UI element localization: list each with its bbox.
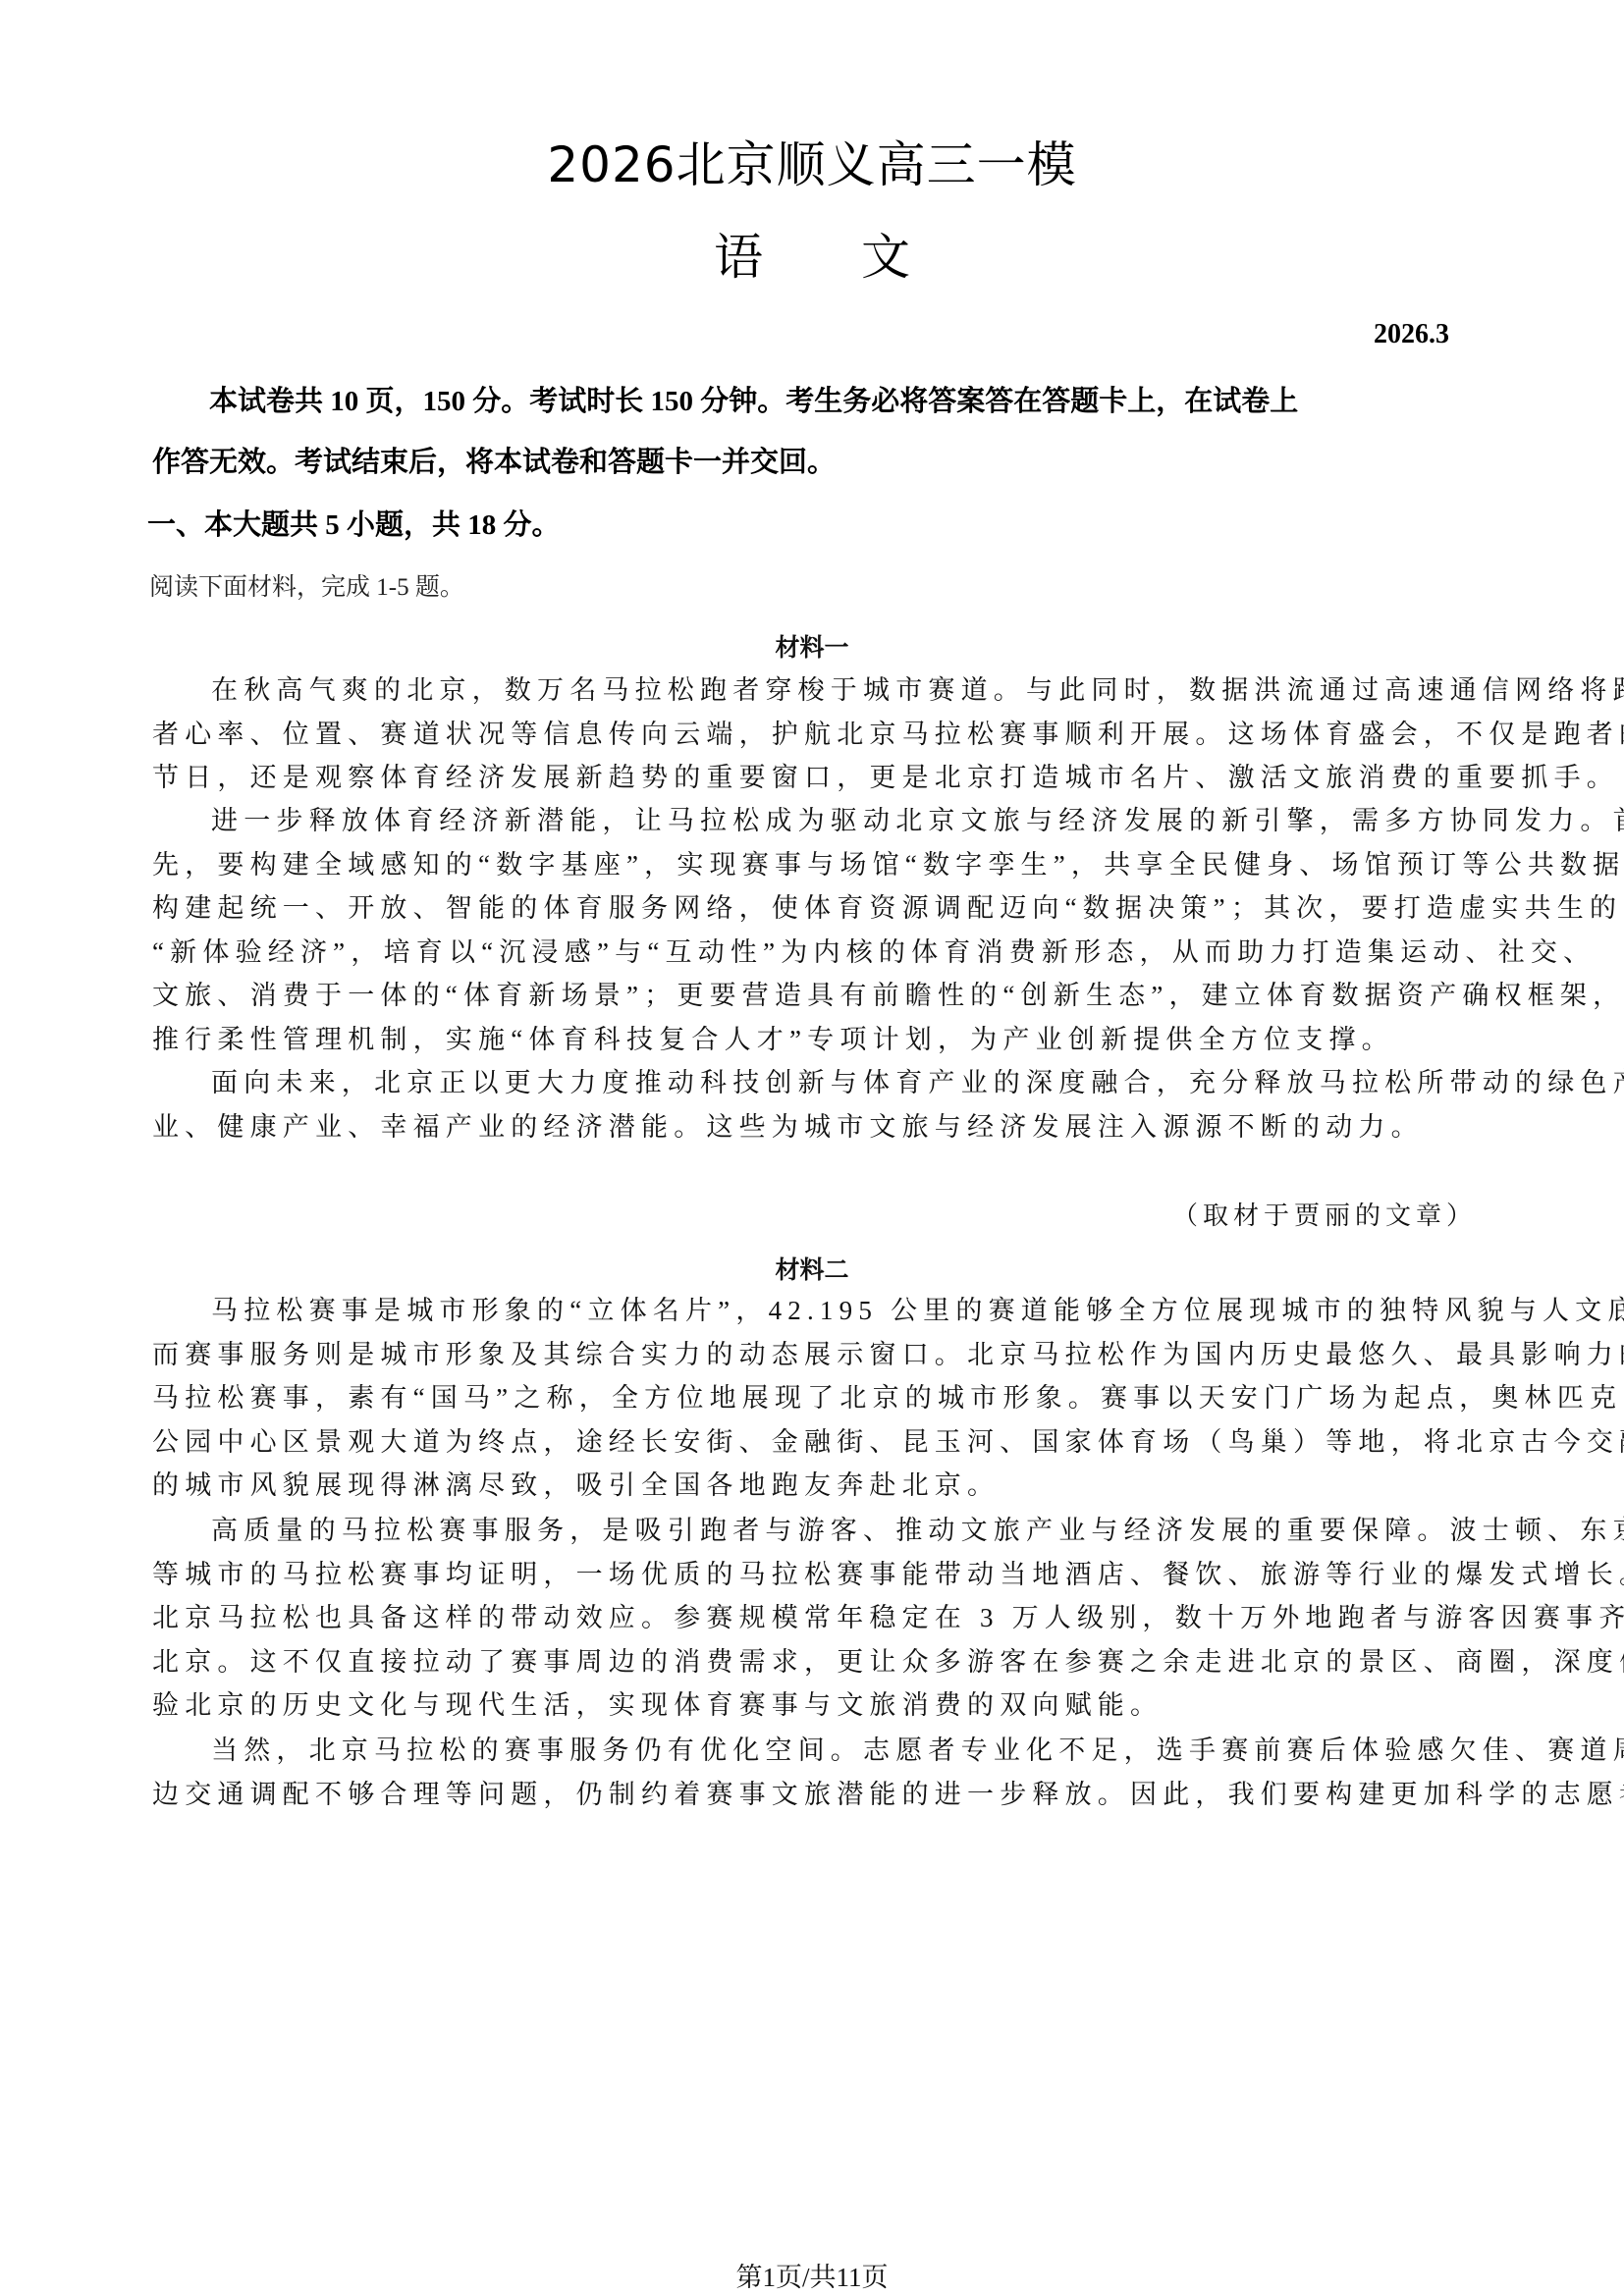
material1-paragraph-3: 面向未来，北京正以更大力度推动科技创新与体育产业的深度融合，充分释放马拉松所带动… — [152, 1061, 1478, 1148]
text-line: 文旅、消费于一体的“体育新场景”；更要营造具有前瞻性的“创新生态”，建立体育数据… — [152, 974, 1478, 1018]
subject-title: 语文 — [0, 218, 1624, 289]
text-line: 而赛事服务则是城市形象及其综合实力的动态展示窗口。北京马拉松作为国内历史最悠久、… — [152, 1333, 1478, 1377]
text-line: 马拉松赛事，素有“国马”之称，全方位地展现了北京的城市形象。赛事以天安门广场为起… — [152, 1376, 1478, 1420]
exam-title: 2026北京顺义高三一模 — [0, 126, 1624, 196]
text-line: 高质量的马拉松赛事服务，是吸引跑者与游客、推动文旅产业与经济发展的重要保障。波士… — [152, 1509, 1478, 1553]
exam-page: 2026北京顺义高三一模 语文 2026.3 本试卷共 10 页，150 分。考… — [0, 0, 1624, 2296]
section-heading: 一、本大题共 5 小题，共 18 分。 — [147, 503, 561, 543]
exam-notice: 本试卷共 10 页，150 分。考试时长 150 分钟。考生务必将答案答在答题卡… — [152, 371, 1480, 493]
text-line: 边交通调配不够合理等问题，仍制约着赛事文旅潜能的进一步释放。因此，我们要构建更加… — [152, 1773, 1478, 1817]
subject-char: 文 — [861, 218, 910, 289]
material1-paragraph-1: 在秋高气爽的北京，数万名马拉松跑者穿梭于城市赛道。与此同时，数据洪流通过高速通信… — [152, 668, 1478, 800]
exam-date: 2026.3 — [1374, 319, 1449, 350]
text-line: 节日，还是观察体育经济发展新趋势的重要窗口，更是北京打造城市名片、激活文旅消费的… — [152, 756, 1478, 800]
text-line: 面向未来，北京正以更大力度推动科技创新与体育产业的深度融合，充分释放马拉松所带动… — [152, 1061, 1478, 1105]
material2-paragraph-3: 当然，北京马拉松的赛事服务仍有优化空间。志愿者专业化不足，选手赛前赛后体验感欠佳… — [152, 1729, 1478, 1816]
section-instruction: 阅读下面材料，完成 1-5 题。 — [149, 567, 464, 603]
text-line: 构建起统一、开放、智能的体育服务网络，使体育资源调配迈向“数据决策”；其次，要打… — [152, 886, 1478, 931]
material2-paragraph-2: 高质量的马拉松赛事服务，是吸引跑者与游客、推动文旅产业与经济发展的重要保障。波士… — [152, 1509, 1478, 1728]
text-line: 等城市的马拉松赛事均证明，一场优质的马拉松赛事能带动当地酒店、餐饮、旅游等行业的… — [152, 1553, 1478, 1597]
text-line: 验北京的历史文化与现代生活，实现体育赛事与文旅消费的双向赋能。 — [152, 1683, 1478, 1728]
notice-line: 作答无效。考试结束后，将本试卷和答题卡一并交回。 — [152, 432, 1480, 493]
notice-line: 本试卷共 10 页，150 分。考试时长 150 分钟。考生务必将答案答在答题卡… — [152, 371, 1480, 432]
text-line: 的城市风貌展现得淋漓尽致，吸引全国各地跑友奔赴北京。 — [152, 1464, 1478, 1508]
text-line: 先，要构建全域感知的“数字基座”，实现赛事与场馆“数字孪生”，共享全民健身、场馆… — [152, 843, 1478, 887]
material2-heading: 材料二 — [0, 1251, 1624, 1286]
material1-source: （取材于贾丽的文章） — [1172, 1196, 1477, 1232]
text-line: 者心率、位置、赛道状况等信息传向云端，护航北京马拉松赛事顺利开展。这场体育盛会，… — [152, 713, 1478, 757]
text-line: 马拉松赛事是城市形象的“立体名片”，42.195 公里的赛道能够全方位展现城市的… — [152, 1289, 1478, 1333]
text-line: 当然，北京马拉松的赛事服务仍有优化空间。志愿者专业化不足，选手赛前赛后体验感欠佳… — [152, 1729, 1478, 1773]
text-line: “新体验经济”，培育以“沉浸感”与“互动性”为内核的体育消费新形态，从而助力打造… — [152, 931, 1478, 975]
text-line: 公园中心区景观大道为终点，途经长安街、金融街、昆玉河、国家体育场（鸟巢）等地，将… — [152, 1420, 1478, 1465]
text-line: 业、健康产业、幸福产业的经济潜能。这些为城市文旅与经济发展注入源源不断的动力。 — [152, 1105, 1478, 1149]
text-line: 进一步释放体育经济新潜能，让马拉松成为驱动北京文旅与经济发展的新引擎，需多方协同… — [152, 799, 1478, 843]
text-line: 在秋高气爽的北京，数万名马拉松跑者穿梭于城市赛道。与此同时，数据洪流通过高速通信… — [152, 668, 1478, 713]
subject-char: 语 — [714, 218, 763, 289]
material1-paragraph-2: 进一步释放体育经济新潜能，让马拉松成为驱动北京文旅与经济发展的新引擎，需多方协同… — [152, 799, 1478, 1061]
text-line: 推行柔性管理机制，实施“体育科技复合人才”专项计划，为产业创新提供全方位支撑。 — [152, 1018, 1478, 1062]
material1-heading: 材料一 — [0, 628, 1624, 664]
text-line: 北京。这不仅直接拉动了赛事周边的消费需求，更让众多游客在参赛之余走进北京的景区、… — [152, 1640, 1478, 1684]
page-indicator: 第1页/共11页 — [0, 2256, 1624, 2294]
material2-paragraph-1: 马拉松赛事是城市形象的“立体名片”，42.195 公里的赛道能够全方位展现城市的… — [152, 1289, 1478, 1508]
text-line: 北京马拉松也具备这样的带动效应。参赛规模常年稳定在 3 万人级别，数十万外地跑者… — [152, 1596, 1478, 1640]
